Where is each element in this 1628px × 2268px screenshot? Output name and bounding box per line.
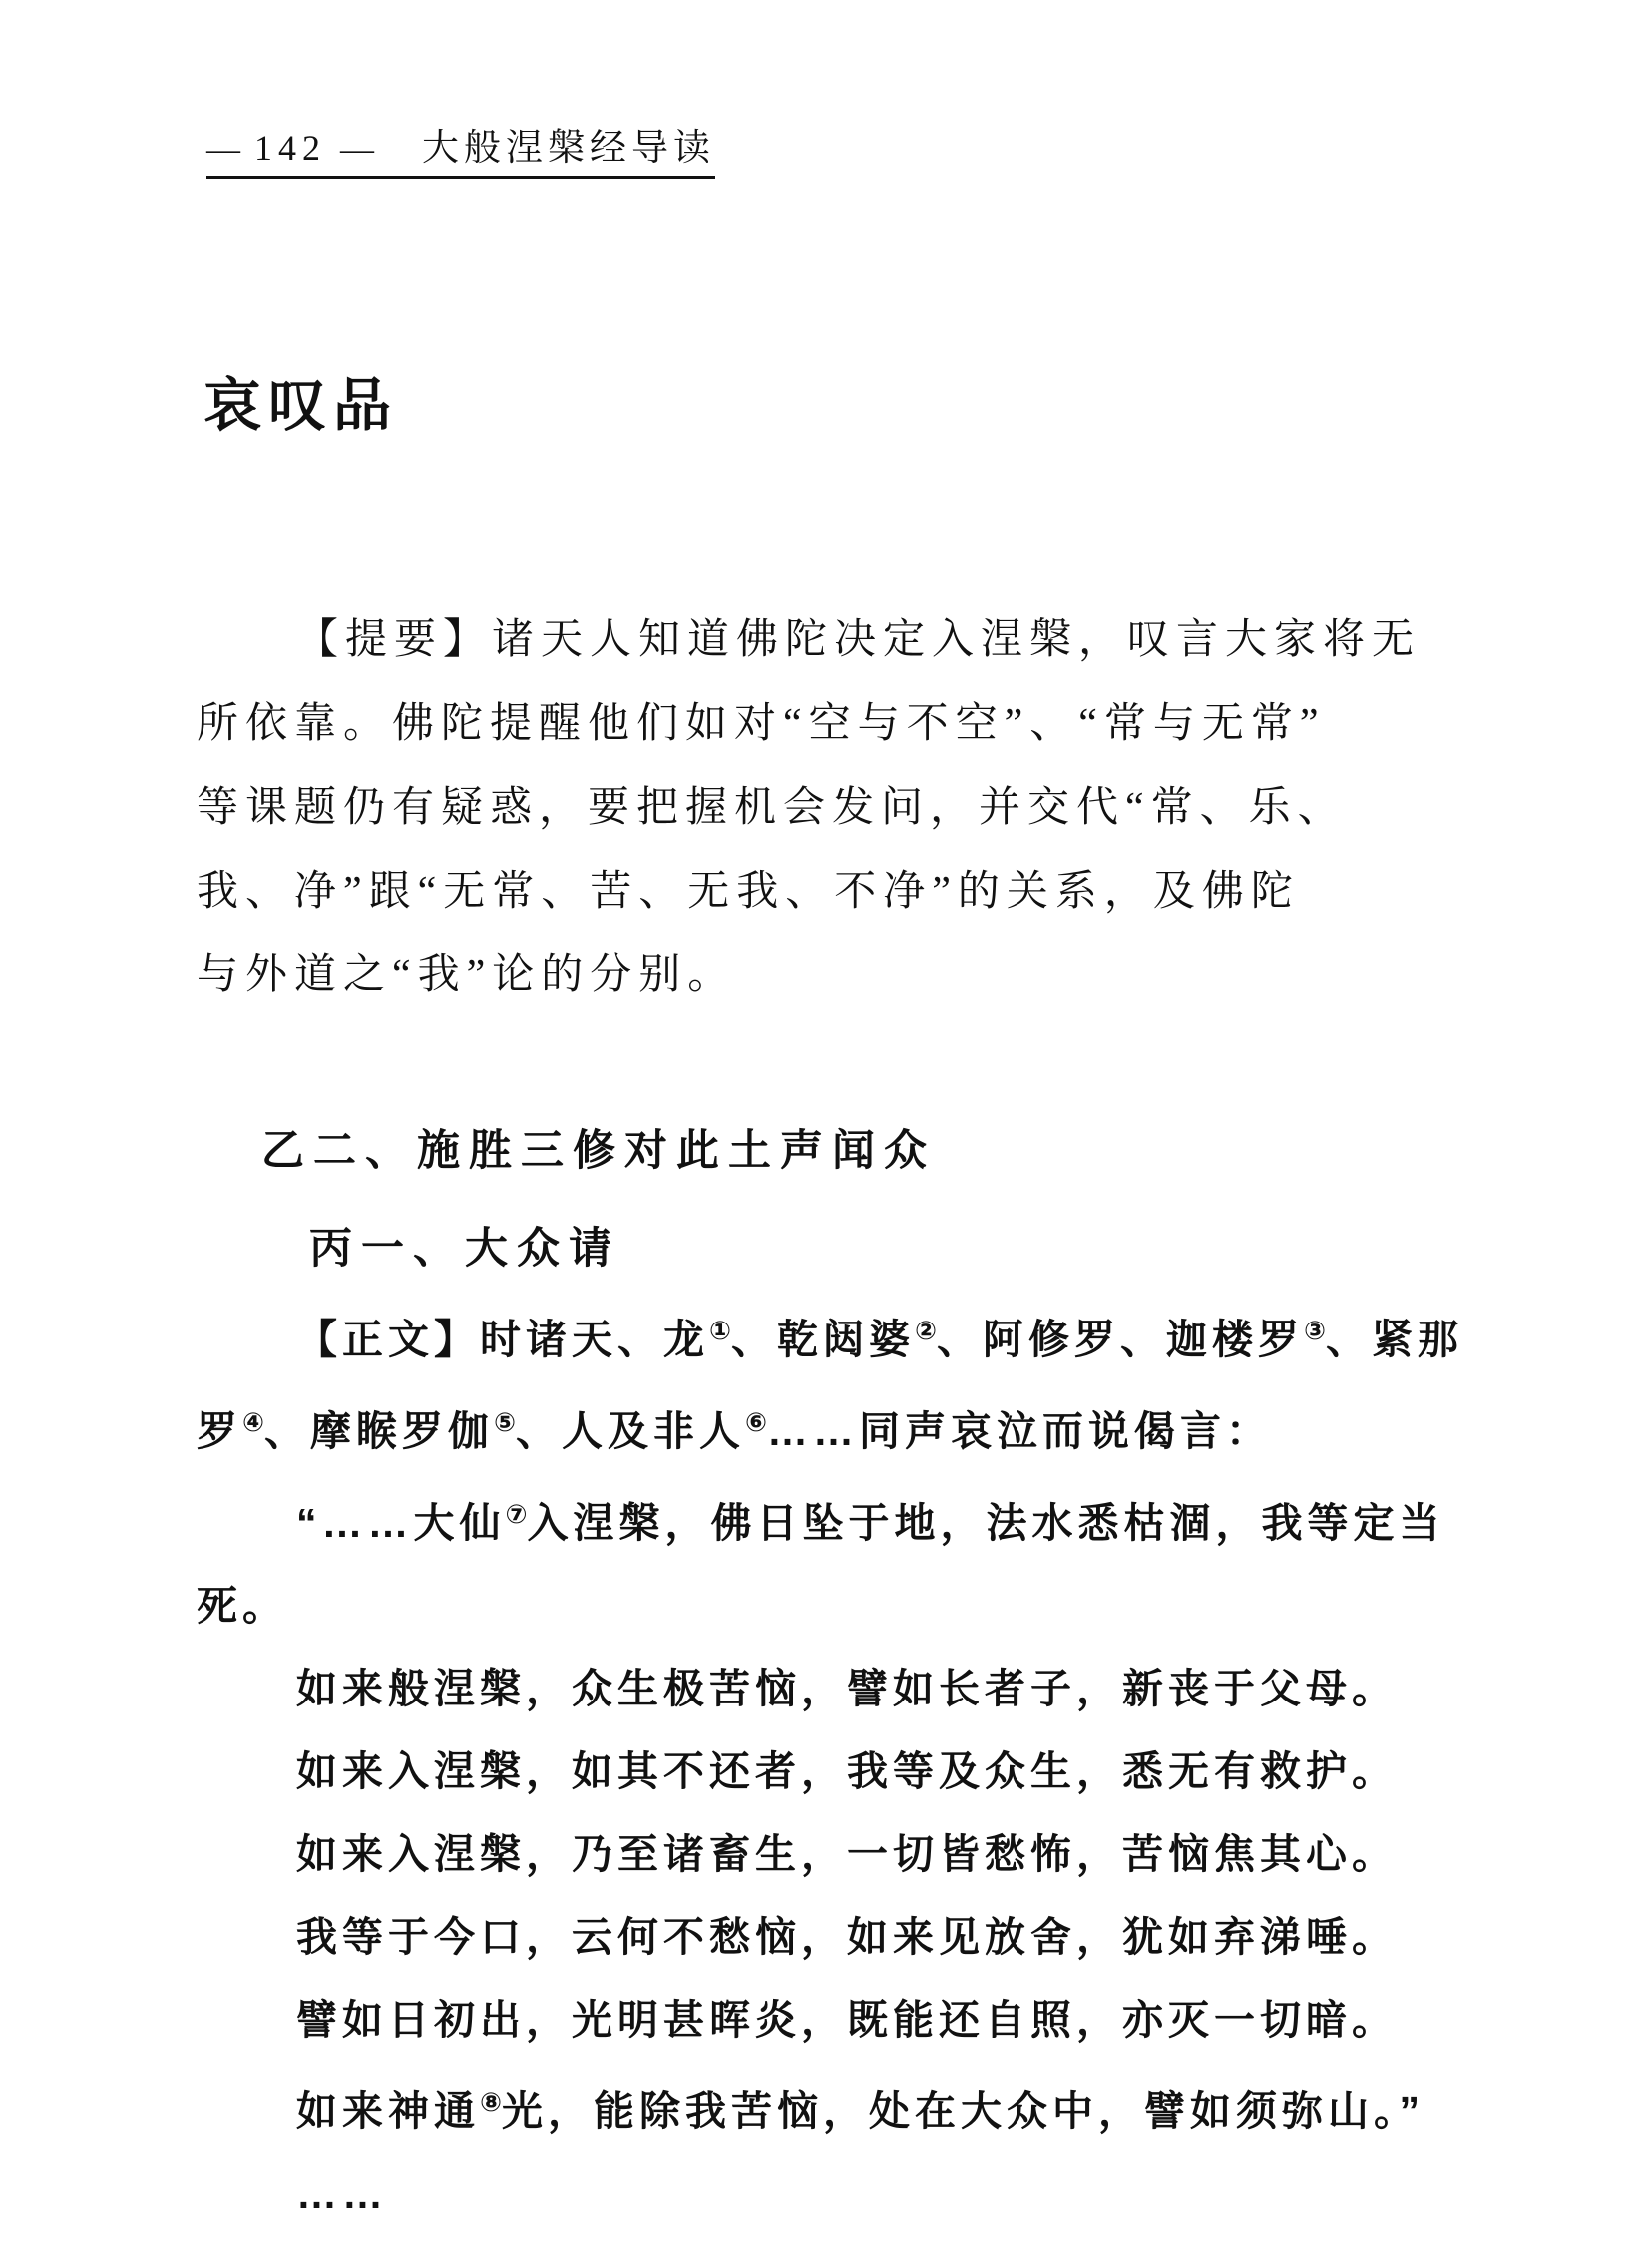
text-run: 、乾闼婆 bbox=[731, 1317, 915, 1362]
footnote-ref: ⑤ bbox=[494, 1407, 516, 1437]
page-number: 142 bbox=[254, 130, 326, 166]
text-run: 罗 bbox=[197, 1408, 242, 1454]
text-run: 死。 bbox=[197, 1583, 288, 1629]
main-text-section: 【正文】时诸天、龙①、乾闼婆②、阿修罗、迦楼罗③、紧那罗④、摩睺罗伽⑤、人及非人… bbox=[197, 1290, 1493, 2236]
main-text-line: 【正文】时诸天、龙①、乾闼婆②、阿修罗、迦楼罗③、紧那 bbox=[197, 1290, 1493, 1381]
text-run: 、阿修罗、迦楼罗 bbox=[937, 1317, 1304, 1362]
text-run: 譬如日初出，光明甚晖炎，既能还自照，亦灭一切暗。 bbox=[296, 1997, 1398, 2043]
summary-line: 【提要】诸天人知道佛陀决定入涅槃，叹言大家将无 bbox=[197, 598, 1493, 682]
main-text-line: 我等于今口，云何不愁恼，如来见放舍，犹如弃涕唾。 bbox=[197, 1896, 1493, 1979]
book-title: 大般涅槃经导读 bbox=[422, 130, 715, 167]
summary-line: 等课题仍有疑惑，要把握机会发问，并交代“常、乐、 bbox=[197, 766, 1493, 850]
text-run: 、摩睺罗伽 bbox=[264, 1408, 494, 1454]
main-text-line: 如来神通⑧光，能除我苦恼，处在大众中，譬如须弥山。” bbox=[197, 2062, 1493, 2153]
book-page: — 142 — 大般涅槃经导读 哀叹品 【提要】诸天人知道佛陀决定入涅槃，叹言大… bbox=[0, 0, 1628, 2268]
main-text-line: 如来般涅槃，众生极苦恼，譬如长者子，新丧于父母。 bbox=[197, 1648, 1493, 1730]
chapter-title: 哀叹品 bbox=[203, 371, 398, 441]
text-run: 如来神通 bbox=[296, 2088, 480, 2134]
text-run: …… bbox=[296, 2171, 388, 2217]
footnote-ref: ④ bbox=[242, 1407, 264, 1437]
text-run: “……大仙 bbox=[296, 1500, 506, 1546]
text-run: 、紧那 bbox=[1326, 1317, 1463, 1362]
section-heading-level1: 乙二、施胜三修对此土声闻众 bbox=[261, 1117, 936, 1178]
footnote-ref: ⑥ bbox=[745, 1407, 767, 1437]
footnote-ref: ③ bbox=[1304, 1316, 1326, 1345]
text-run: 、人及非人 bbox=[516, 1408, 745, 1454]
main-text-line: 如来入涅槃，如其不还者，我等及众生，悉无有救护。 bbox=[197, 1730, 1493, 1813]
main-text-line: 死。 bbox=[197, 1565, 1493, 1648]
text-run: 【正文】时诸天、龙 bbox=[296, 1317, 709, 1362]
main-text-line: “……大仙⑦入涅槃，佛日坠于地，法水悉枯涸，我等定当 bbox=[197, 1473, 1493, 1565]
footnote-ref: ⑦ bbox=[506, 1499, 528, 1529]
dash-left: — bbox=[206, 133, 240, 167]
main-text-line: 罗④、摩睺罗伽⑤、人及非人⑥……同声哀泣而说偈言： bbox=[197, 1381, 1493, 1473]
main-text-line: 如来入涅槃，乃至诸畜生，一切皆愁怖，苦恼焦其心。 bbox=[197, 1813, 1493, 1896]
dash-right: — bbox=[340, 133, 374, 167]
main-text-line: …… bbox=[197, 2153, 1493, 2236]
summary-line: 与外道之“我”论的分别。 bbox=[197, 934, 1493, 1017]
running-head: — 142 — 大般涅槃经导读 bbox=[206, 130, 715, 179]
summary-line: 所依靠。佛陀提醒他们如对“空与不空”、“常与无常” bbox=[197, 682, 1493, 766]
footnote-ref: ① bbox=[709, 1316, 731, 1345]
text-run: ……同声哀泣而说偈言： bbox=[767, 1408, 1272, 1454]
text-run: 如来入涅槃，乃至诸畜生，一切皆愁怖，苦恼焦其心。 bbox=[296, 1831, 1398, 1877]
footnote-ref: ② bbox=[915, 1316, 937, 1345]
summary-line: 我、净”跟“无常、苦、无我、不净”的关系，及佛陀 bbox=[197, 850, 1493, 934]
text-run: 我等于今口，云何不愁恼，如来见放舍，犹如弃涕唾。 bbox=[296, 1914, 1398, 1960]
summary-section: 【提要】诸天人知道佛陀决定入涅槃，叹言大家将无所依靠。佛陀提醒他们如对“空与不空… bbox=[197, 598, 1493, 1017]
main-text-line: 譬如日初出，光明甚晖炎，既能还自照，亦灭一切暗。 bbox=[197, 1979, 1493, 2062]
text-run: 光，能除我苦恼，处在大众中，譬如须弥山。” bbox=[502, 2088, 1424, 2134]
text-run: 如来入涅槃，如其不还者，我等及众生，悉无有救护。 bbox=[296, 1748, 1398, 1794]
text-run: 入涅槃，佛日坠于地，法水悉枯涸，我等定当 bbox=[528, 1500, 1445, 1546]
page-header: — 142 — 大般涅槃经导读 bbox=[206, 130, 715, 179]
footnote-ref: ⑧ bbox=[480, 2087, 502, 2117]
section-heading-level2: 丙一、大众请 bbox=[309, 1215, 620, 1276]
text-run: 如来般涅槃，众生极苦恼，譬如长者子，新丧于父母。 bbox=[296, 1666, 1398, 1711]
